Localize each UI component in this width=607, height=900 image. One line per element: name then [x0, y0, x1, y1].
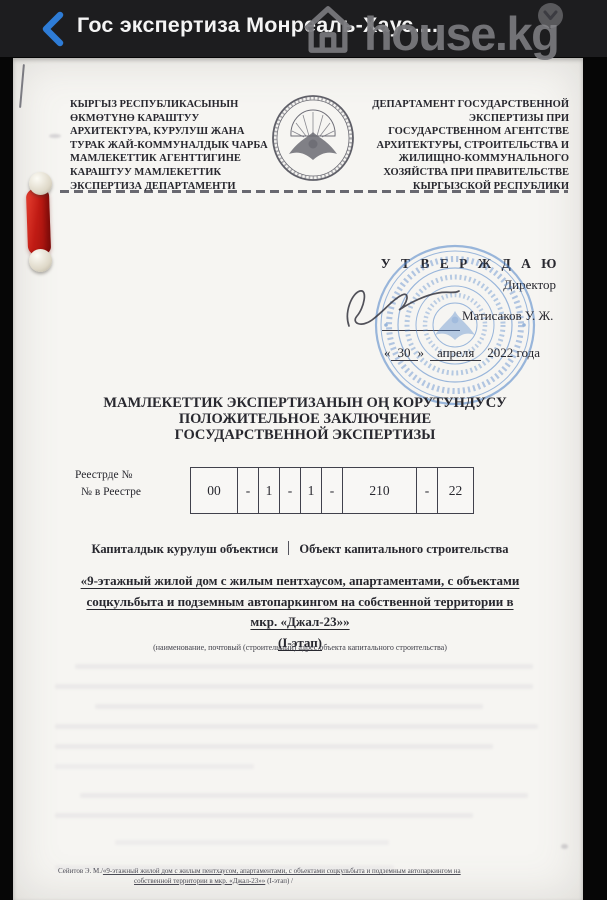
- footer-author: Сейитов Э. М./: [58, 867, 103, 875]
- footer-object-line2: собственной территории в мкр. «Джал-23»»: [134, 877, 265, 885]
- date-day: 30: [391, 345, 418, 361]
- chevron-left-icon: [39, 11, 65, 47]
- document-page: КЫРГЫЗ РЕСПУБЛИКАСЫНЫН ӨКМӨТҮНӨ КАРАШТУУ…: [13, 58, 583, 900]
- object-name: «9-этажный жилой дом с жилым пентхаусом,…: [39, 571, 561, 653]
- object-heading-russian: Объект капитального строительства: [299, 542, 508, 556]
- approver-name: Матисаков У. Ж.: [462, 308, 553, 324]
- org-name-russian: ДЕПАРТАМЕНТ ГОСУДАРСТВЕННОЙ ЭКСПЕРТИЗЫ П…: [329, 98, 569, 193]
- registry-cell: 1: [300, 468, 321, 513]
- document-viewer[interactable]: КЫРГЫЗ РЕСПУБЛИКАСЫНЫН ӨКМӨТҮНӨ КАРАШТУУ…: [0, 57, 607, 900]
- registry-cell: -: [416, 468, 437, 513]
- app-header: Гос экспертиза Монреаль-Хаус.... house.k…: [0, 0, 607, 57]
- header-separator: [60, 190, 568, 193]
- object-section-heading: Капиталдык курулуш объектисиОбъект капит…: [31, 541, 569, 557]
- object-heading-kyrgyz: Капиталдык курулуш объектиси: [91, 542, 278, 556]
- org-name-kyrgyz: КЫРГЫЗ РЕСПУБЛИКАСЫНЫН ӨКМӨТҮНӨ КАРАШТУУ…: [70, 98, 304, 193]
- registry-label: Реестрде № № в Реестре: [75, 467, 141, 501]
- collapse-button[interactable]: [538, 3, 563, 28]
- app-screen: Гос экспертиза Монреаль-Хаус.... house.k…: [0, 0, 607, 900]
- heading-divider: [288, 541, 289, 555]
- registry-cell: 1: [258, 468, 279, 513]
- smudge-artifact: [49, 134, 61, 138]
- object-name-caption: (наименование, почтовый (строительный) а…: [53, 643, 547, 652]
- scan-artifact: [561, 844, 568, 849]
- signature: [341, 282, 463, 340]
- page-footer: Сейитов Э. М./«9-этажный жилой дом с жил…: [58, 867, 544, 886]
- registry-cell: 210: [342, 468, 416, 513]
- date-year: 2022 года: [487, 345, 540, 360]
- registry-cell: 00: [191, 468, 237, 513]
- document-title: МАМЛЕКЕТТИК ЭКСПЕРТИЗАНЫН ОҢ КОРУТУНДУСУ…: [41, 395, 569, 443]
- footer-object-line1: «9-этажный жилой дом с жилым пентхаусом,…: [103, 867, 461, 875]
- red-seal-ribbon: [26, 188, 51, 257]
- seal-fastener-bottom: [29, 249, 52, 272]
- footer-suffix: (I-этап) /: [265, 877, 293, 885]
- registry-cell: 22: [437, 468, 473, 513]
- back-button[interactable]: [34, 10, 70, 48]
- registry-cell: -: [279, 468, 300, 513]
- page-title: Гос экспертиза Монреаль-Хаус....: [77, 13, 438, 38]
- pen-mark-artifact: [19, 64, 25, 108]
- registry-cell: -: [321, 468, 342, 513]
- registry-cell: -: [237, 468, 258, 513]
- date-month: апреля: [430, 345, 481, 361]
- chevron-down-icon: [543, 10, 558, 21]
- seal-fastener-top: [29, 172, 52, 195]
- registry-number-table: 00 - 1 - 1 - 210 - 22: [190, 467, 474, 514]
- approval-date: «30»апреля2022 года: [384, 345, 540, 361]
- bleed-through-texture: [55, 664, 553, 885]
